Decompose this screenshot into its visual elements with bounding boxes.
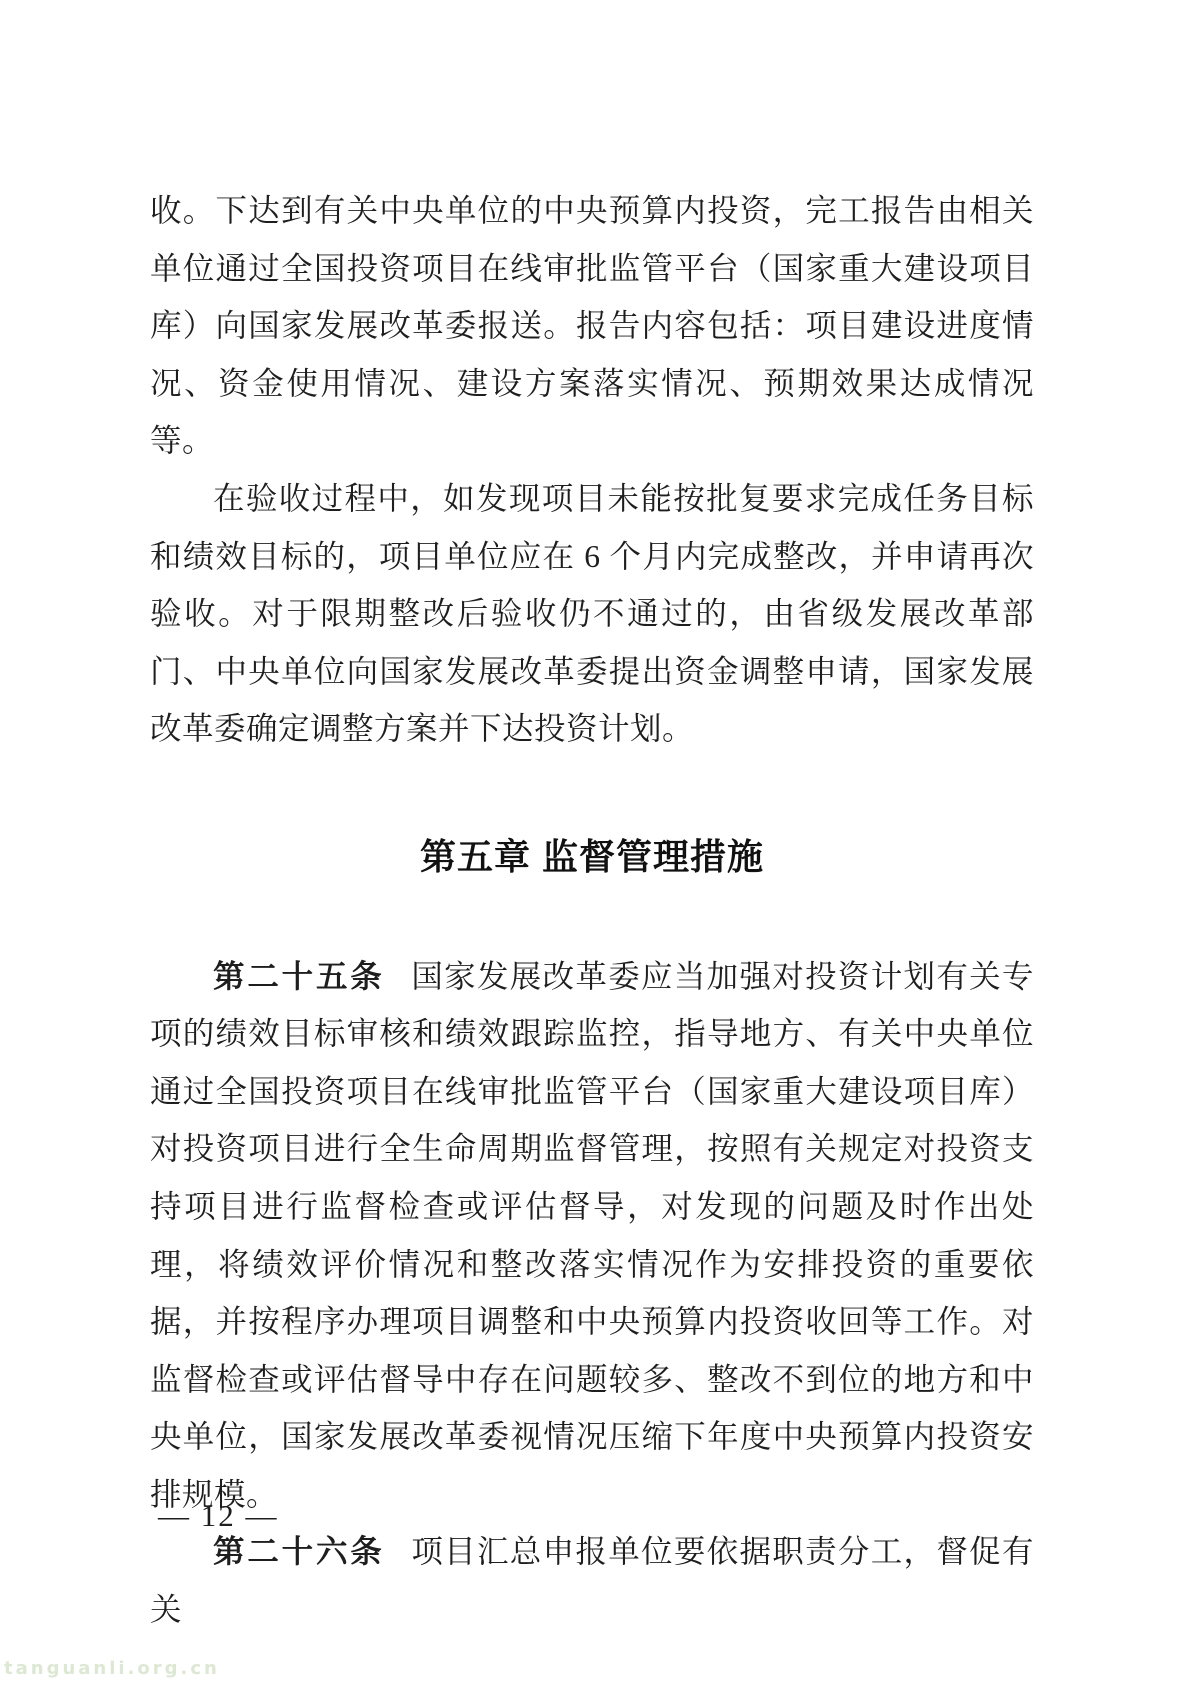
document-page: 收。下达到有关中央单位的中央预算内投资，完工报告由相关单位通过全国投资项目在线审… [0, 0, 1190, 1683]
article-25-text: 国家发展改革委应当加强对投资计划有关专项的绩效目标审核和绩效跟踪监控，指导地方、… [150, 959, 1034, 1512]
article-25-number: 第二十五条 [213, 959, 385, 994]
acceptance-paragraph: 在验收过程中，如发现项目未能按批复要求完成任务目标和绩效目标的，项目单位应在 6… [150, 470, 1034, 758]
continuation-paragraph: 收。下达到有关中央单位的中央预算内投资，完工报告由相关单位通过全国投资项目在线审… [150, 182, 1034, 470]
watermark: tanguanli.org.cn [4, 1658, 220, 1680]
page-number: — 12 — [158, 1492, 279, 1540]
article-26-paragraph: 第二十六条项目汇总申报单位要依据职责分工，督促有关 [150, 1523, 1034, 1638]
document-body: 收。下达到有关中央单位的中央预算内投资，完工报告由相关单位通过全国投资项目在线审… [150, 182, 1034, 1639]
chapter-heading: 第五章 监督管理措施 [150, 828, 1034, 886]
article-25-paragraph: 第二十五条国家发展改革委应当加强对投资计划有关专项的绩效目标审核和绩效跟踪监控，… [150, 948, 1034, 1524]
